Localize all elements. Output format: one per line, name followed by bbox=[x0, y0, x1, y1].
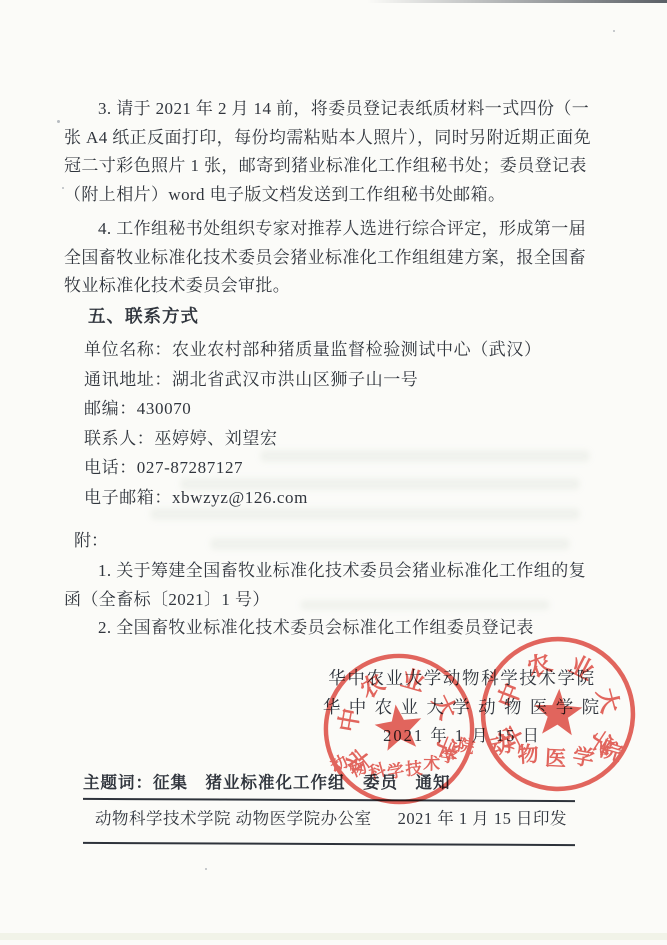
seal-name-char: 术 bbox=[422, 753, 440, 773]
body-paragraph-3: 3. 请于 2021 年 2 月 14 前，将委员登记表纸质材料一式四份（一 张… bbox=[64, 95, 610, 209]
seal-name-char: 医 bbox=[544, 746, 566, 771]
text-line: 张 A4 纸正反面打印，每份均需粘贴本人照片），同时另附近期正面免 bbox=[64, 124, 610, 153]
seal-ring-char: 大 bbox=[427, 691, 462, 724]
seal-ring-char: 业 bbox=[398, 665, 429, 698]
seal-ring-char: 中 bbox=[334, 706, 365, 734]
seal-ring-char: 业 bbox=[564, 651, 599, 686]
scan-speck bbox=[57, 120, 60, 123]
scanned-document-page: 3. 请于 2021 年 2 月 14 前，将委员登记表纸质材料一式四份（一 张… bbox=[0, 0, 667, 945]
seal-animal-science-stamp: 华中农业大学动物科学技术学院 bbox=[310, 640, 488, 818]
bleedthrough-mark bbox=[210, 538, 570, 550]
contact-person-line: 联系人：巫婷婷、刘望宏 bbox=[84, 424, 604, 454]
seal-name-char: 学 bbox=[571, 744, 597, 771]
scan-speck bbox=[205, 868, 207, 870]
print-date: 2021 年 1 月 15 日印发 bbox=[398, 806, 575, 832]
text-line: 全国畜牧业标准化技术委员会猪业标准化工作组组建方案，报全国畜 bbox=[64, 244, 610, 273]
issuer-offices: 动物科学技术学院 动物医学院办公室 bbox=[83, 806, 372, 832]
contact-info-block: 单位名称：农业农村部种猪质量监督检验测试中心（武汉） 通讯地址：湖北省武汉市洪山… bbox=[84, 335, 604, 513]
text-line: 4. 工作组秘书处组织专家对推荐人选进行综合评定，形成第一届 bbox=[64, 215, 610, 244]
footer-issuer-line: 动物科学技术学院 动物医学院办公室 2021 年 1 月 15 日印发 bbox=[83, 806, 575, 832]
text-line: （附上相片）word 电子版文档发送到工作组秘书处邮箱。 bbox=[64, 181, 610, 210]
contact-email-line: 电子邮箱：xbwzyz@126.com bbox=[84, 483, 604, 513]
contact-postcode-line: 邮编：430070 bbox=[84, 394, 604, 424]
contact-address-line: 通讯地址：湖北省武汉市洪山区狮子山一号 bbox=[84, 365, 604, 395]
text-line: 1. 关于筹建全国畜牧业标准化技术委员会猪业标准化工作组的复 bbox=[64, 557, 610, 586]
text-line: 冠二寸彩色照片 1 张，邮寄到猪业标准化工作组秘书处；委员登记表 bbox=[64, 152, 610, 181]
text-line: 3. 请于 2021 年 2 月 14 前，将委员登记表纸质材料一式四份（一 bbox=[64, 95, 610, 124]
seal-name-char: 学 bbox=[440, 745, 459, 767]
seal-name-char: 技 bbox=[404, 758, 424, 780]
seal-name-char: 物 bbox=[517, 741, 541, 767]
contact-phone-line: 电话：027-87287127 bbox=[84, 453, 604, 483]
seal-veterinary-stamp: 华中农业大学动物医学院 bbox=[473, 629, 643, 799]
scan-speck bbox=[613, 30, 615, 32]
section-heading-contact: 五、联系方式 bbox=[64, 302, 634, 331]
seal-name-char: 院 bbox=[456, 734, 477, 757]
body-paragraph-4: 4. 工作组秘书处组织专家对推荐人选进行综合评定，形成第一届 全国畜牧业标准化技… bbox=[64, 215, 610, 301]
seal-name-char: 学 bbox=[386, 760, 406, 783]
seal-ring-char: 农 bbox=[355, 669, 390, 705]
seal-star-icon bbox=[533, 687, 584, 735]
scan-edge-bottom bbox=[0, 933, 667, 940]
footer-divider-bottom bbox=[83, 842, 575, 847]
seal-ring-char: 农 bbox=[524, 649, 556, 683]
contact-unit-line: 单位名称：农业农村部种猪质量监督检验测试中心（武汉） bbox=[84, 335, 604, 365]
seal-star-icon bbox=[372, 701, 425, 752]
attachment-item-1: 1. 关于筹建全国畜牧业标准化技术委员会猪业标准化工作组的复 函（全畜标〔202… bbox=[64, 557, 610, 614]
seal-name-char: 动 bbox=[488, 732, 513, 760]
seal-ring-char: 大 bbox=[591, 686, 624, 717]
text-line: 函（全畜标〔2021〕1 号） bbox=[64, 586, 610, 615]
seal-ring-char: 中 bbox=[493, 680, 527, 712]
scan-edge-top bbox=[367, 0, 667, 3]
text-line: 牧业标准化技术委员会审批。 bbox=[64, 272, 610, 301]
attachment-label: 附： bbox=[74, 527, 108, 555]
